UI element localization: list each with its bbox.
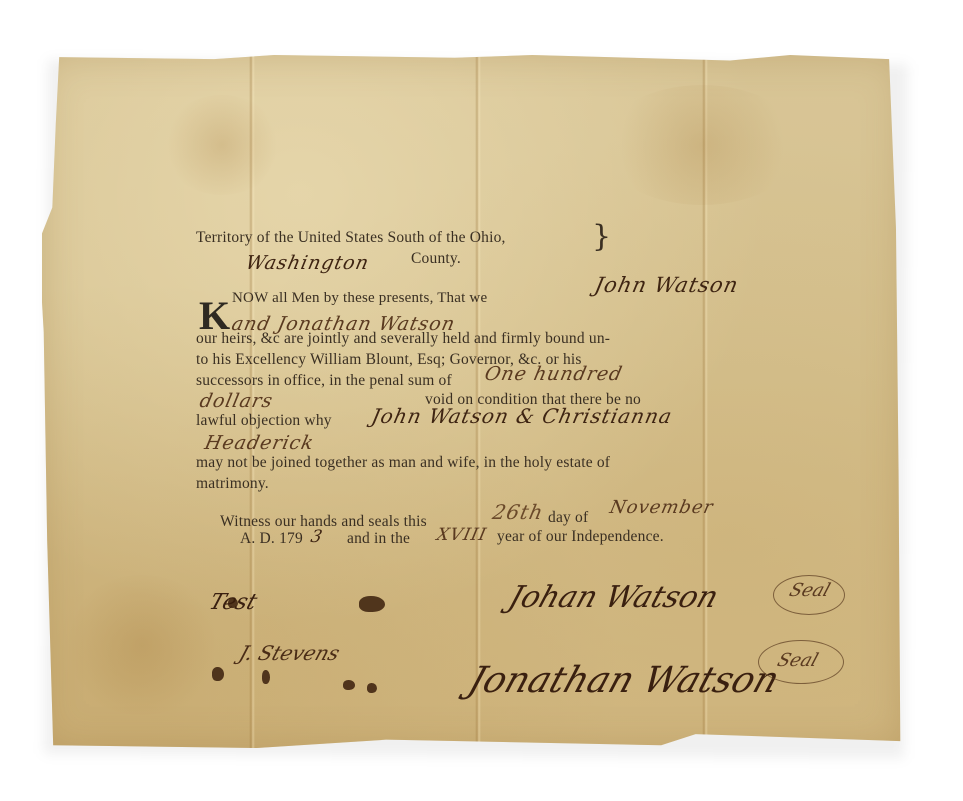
- bride-surname-handwritten: Headerick: [203, 432, 317, 454]
- penal-sum-handwritten: One hundred: [483, 363, 625, 385]
- body-line-10: matrimony.: [196, 475, 269, 493]
- ink-blot: [359, 596, 385, 612]
- ink-blot: [343, 680, 355, 690]
- month-handwritten: November: [608, 497, 716, 518]
- county-name-handwritten: Washington: [244, 252, 372, 274]
- seal-2-label: Seal: [775, 650, 821, 671]
- independence-year-handwritten: XVIII: [435, 525, 489, 545]
- brace-icon: }: [592, 219, 611, 254]
- age-stain: [602, 85, 802, 205]
- signer-2-signature: Jonathan Watson: [463, 660, 784, 701]
- body-line-7: lawful objection why: [196, 412, 332, 430]
- body-line-9: may not be joined together as man and wi…: [196, 454, 610, 472]
- age-stain: [62, 575, 222, 715]
- ink-blot: [367, 683, 377, 693]
- witness-signature: J. Stevens: [236, 641, 343, 665]
- body-line-1: NOW all Men by these presents, That we: [232, 290, 487, 307]
- witness-line-2c: year of our Independence.: [497, 528, 664, 546]
- body-line-3: our heirs, &c are jointly and severally …: [196, 330, 610, 348]
- penal-sum-unit-handwritten: dollars: [198, 390, 276, 412]
- age-stain: [162, 95, 282, 195]
- day-handwritten: 26th: [490, 500, 545, 524]
- body-line-5: successors in office, in the penal sum o…: [196, 372, 452, 390]
- obligor-name-handwritten: John Watson: [592, 273, 741, 297]
- witness-line-2b: and in the: [347, 530, 410, 548]
- county-label: County.: [411, 250, 461, 268]
- ink-blot: [262, 670, 270, 684]
- ink-blot: [212, 667, 224, 681]
- witness-line-1b: day of: [548, 509, 588, 527]
- signer-1-signature: Johan Watson: [504, 580, 722, 615]
- couple-names-handwritten: John Watson & Christianna: [369, 404, 674, 428]
- witness-line-2a: A. D. 179: [240, 530, 303, 548]
- seal-1-label: Seal: [787, 580, 833, 601]
- territory-heading: Territory of the United States South of …: [196, 229, 506, 247]
- ink-blot: [228, 598, 238, 608]
